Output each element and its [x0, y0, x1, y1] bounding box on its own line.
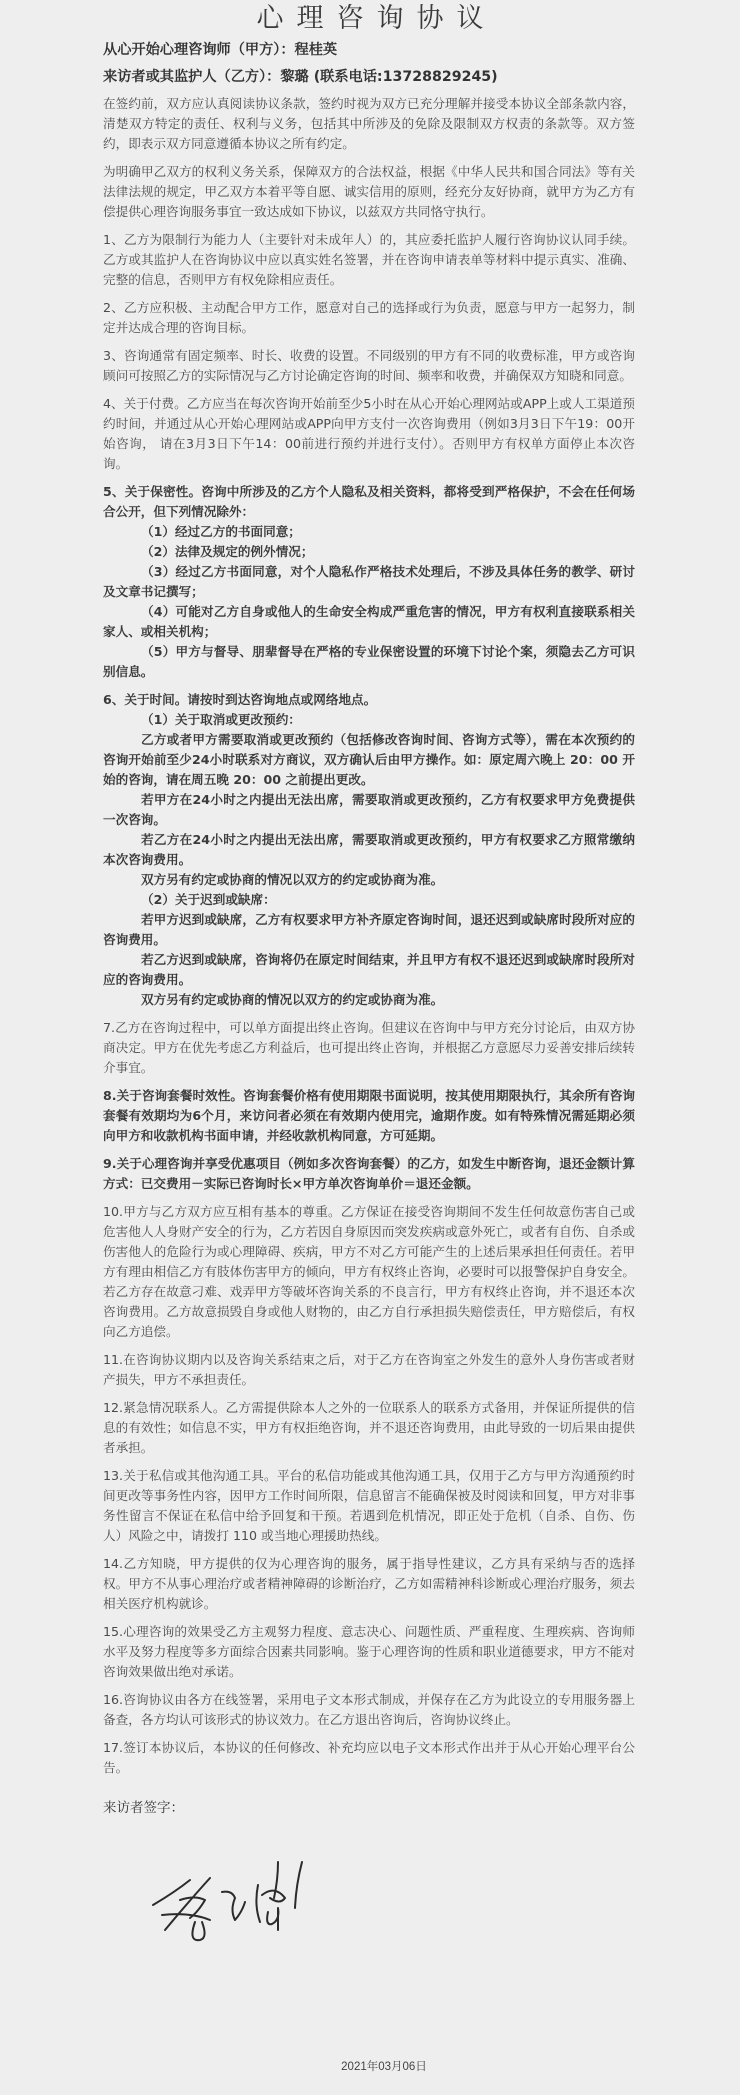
- party-b-label: 来访者或其监护人（乙方）：: [103, 69, 280, 85]
- party-b-name: 黎璐: [280, 69, 308, 85]
- clause-6-sub2-title: （2）关于迟到或缺席：: [103, 890, 635, 910]
- clause-3: 3、咨询通常有固定频率、时长、收费的设置。不同级别的甲方有不同的收费标准，甲方或…: [103, 346, 635, 386]
- signature-label: 来访者签字：: [103, 1798, 635, 1818]
- clause-15: 15.心理咨询的效果受乙方主观努力程度、意志决心、问题性质、严重程度、生理疾病、…: [103, 1622, 635, 1682]
- clause-1: 1、乙方为限制行为能力人（主要针对未成年人）的，其应委托监护人履行咨询协议认同手…: [103, 230, 635, 290]
- party-a-name: 程桂英: [295, 42, 338, 58]
- clause-6-sub2-item: 若甲方迟到或缺席，乙方有权要求甲方补齐原定咨询时间，退还迟到或缺席时段所对应的咨…: [103, 910, 635, 950]
- party-b-line: 来访者或其监护人（乙方）：黎璐 (联系电话:13728829245): [103, 67, 498, 87]
- clause-5-item: （1）经过乙方的书面同意；: [103, 522, 635, 542]
- clause-13: 13.关于私信或其他沟通工具。平台的私信功能或其他沟通工具，仅用于乙方与甲方沟通…: [103, 1466, 635, 1546]
- clause-2: 2、乙方应积极、主动配合甲方工作，愿意对自己的选择或行为负责，愿意与甲方一起努力…: [103, 298, 635, 338]
- clause-9: 9.关于心理咨询并享受优惠项目（例如多次咨询套餐）的乙方，如发生中断咨询，退还金…: [103, 1154, 635, 1194]
- intro-paragraph: 为明确甲乙双方的权利义务关系，保障双方的合法权益，根据《中华人民共和国合同法》等…: [103, 162, 635, 222]
- clause-5-item: （5）甲方与督导、朋辈督导在严格的专业保密设置的环境下讨论个案，须隐去乙方可识别…: [103, 642, 635, 682]
- clause-6-heading: 6、关于时间。请按时到达咨询地点或网络地点。: [103, 690, 635, 710]
- clause-11: 11.在咨询协议期内以及咨询关系结束之后，对于乙方在咨询室之外发生的意外人身伤害…: [103, 1350, 635, 1390]
- clause-16: 16.咨询协议由各方在线签署，采用电子文本形式制成，并保存在乙方为此设立的专用服…: [103, 1690, 635, 1730]
- clause-8: 8.关于咨询套餐时效性。咨询套餐价格有使用期限书面说明，按其使用期限执行，其余所…: [103, 1086, 635, 1146]
- clause-5-item: （4）可能对乙方自身或他人的生命安全构成严重危害的情况，甲方有权利直接联系相关家…: [103, 602, 635, 642]
- clause-5-heading: 5、关于保密性。咨询中所涉及的乙方个人隐私及相关资料，都将受到严格保护，不会在任…: [103, 482, 635, 522]
- clause-14: 14.乙方知晓，甲方提供的仅为心理咨询的服务，属于指导性建议，乙方具有采纳与否的…: [103, 1554, 635, 1614]
- clause-6-sub1-title: （1）关于取消或更改预约：: [103, 710, 635, 730]
- party-a-label: 从心开始心理咨询师（甲方）：: [103, 42, 295, 58]
- clause-5-item: （2）法律及规定的例外情况；: [103, 542, 635, 562]
- clause-5-item: （3）经过乙方书面同意，对个人隐私作严格技术处理后，不涉及具体任务的教学、研讨及…: [103, 562, 635, 602]
- handwritten-signature-icon: [150, 1860, 370, 1950]
- document-title: 心理咨询协议: [0, 2, 740, 36]
- clause-6-sub1-item: 乙方或者甲方需要取消或更改预约（包括修改咨询时间、咨询方式等），需在本次预约的咨…: [103, 730, 635, 790]
- intro-paragraph: 在签约前，双方应认真阅读协议条款，签约时视为双方已充分理解并接受本协议全部条款内…: [103, 94, 635, 154]
- clause-17: 17.签订本协议后，本协议的任何修改、补充均应以电子文本形式作出并于从心开始心理…: [103, 1738, 635, 1778]
- clause-6-sub2-item: 若乙方迟到或缺席，咨询将仍在原定时间结束，并且甲方有权不退还迟到或缺席时段所对应…: [103, 950, 635, 990]
- clause-6-sub1-item: 双方另有约定或协商的情况以双方的约定或协商为准。: [103, 870, 635, 890]
- clause-7: 7.乙方在咨询过程中，可以单方面提出终止咨询。但建议在咨询中与甲方充分讨论后，由…: [103, 1018, 635, 1078]
- clause-12: 12.紧急情况联系人。乙方需提供除本人之外的一位联系人的联系方式备用，并保证所提…: [103, 1398, 635, 1458]
- clause-6-sub1-item: 若乙方在24小时之内提出无法出席，需要取消或更改预约，甲方有权要求乙方照常缴纳本…: [103, 830, 635, 870]
- party-a-line: 从心开始心理咨询师（甲方）：程桂英: [103, 40, 337, 60]
- signing-date: 2021年03月06日: [0, 2058, 740, 2074]
- party-b-contact: (联系电话:13728829245): [314, 69, 498, 85]
- agreement-body: 在签约前，双方应认真阅读协议条款，签约时视为双方已充分理解并接受本协议全部条款内…: [103, 94, 635, 1818]
- clause-10: 10.甲方与乙方双方应互相有基本的尊重。乙方保证在接受咨询期间不发生任何故意伤害…: [103, 1202, 635, 1342]
- clause-6-sub2-item: 双方另有约定或协商的情况以双方的约定或协商为准。: [103, 990, 635, 1010]
- clause-4: 4、关于付费。乙方应当在每次咨询开始前至少5小时在从心开始心理网站或APP上或人…: [103, 394, 635, 474]
- clause-6-sub1-item: 若甲方在24小时之内提出无法出席，需要取消或更改预约，乙方有权要求甲方免费提供一…: [103, 790, 635, 830]
